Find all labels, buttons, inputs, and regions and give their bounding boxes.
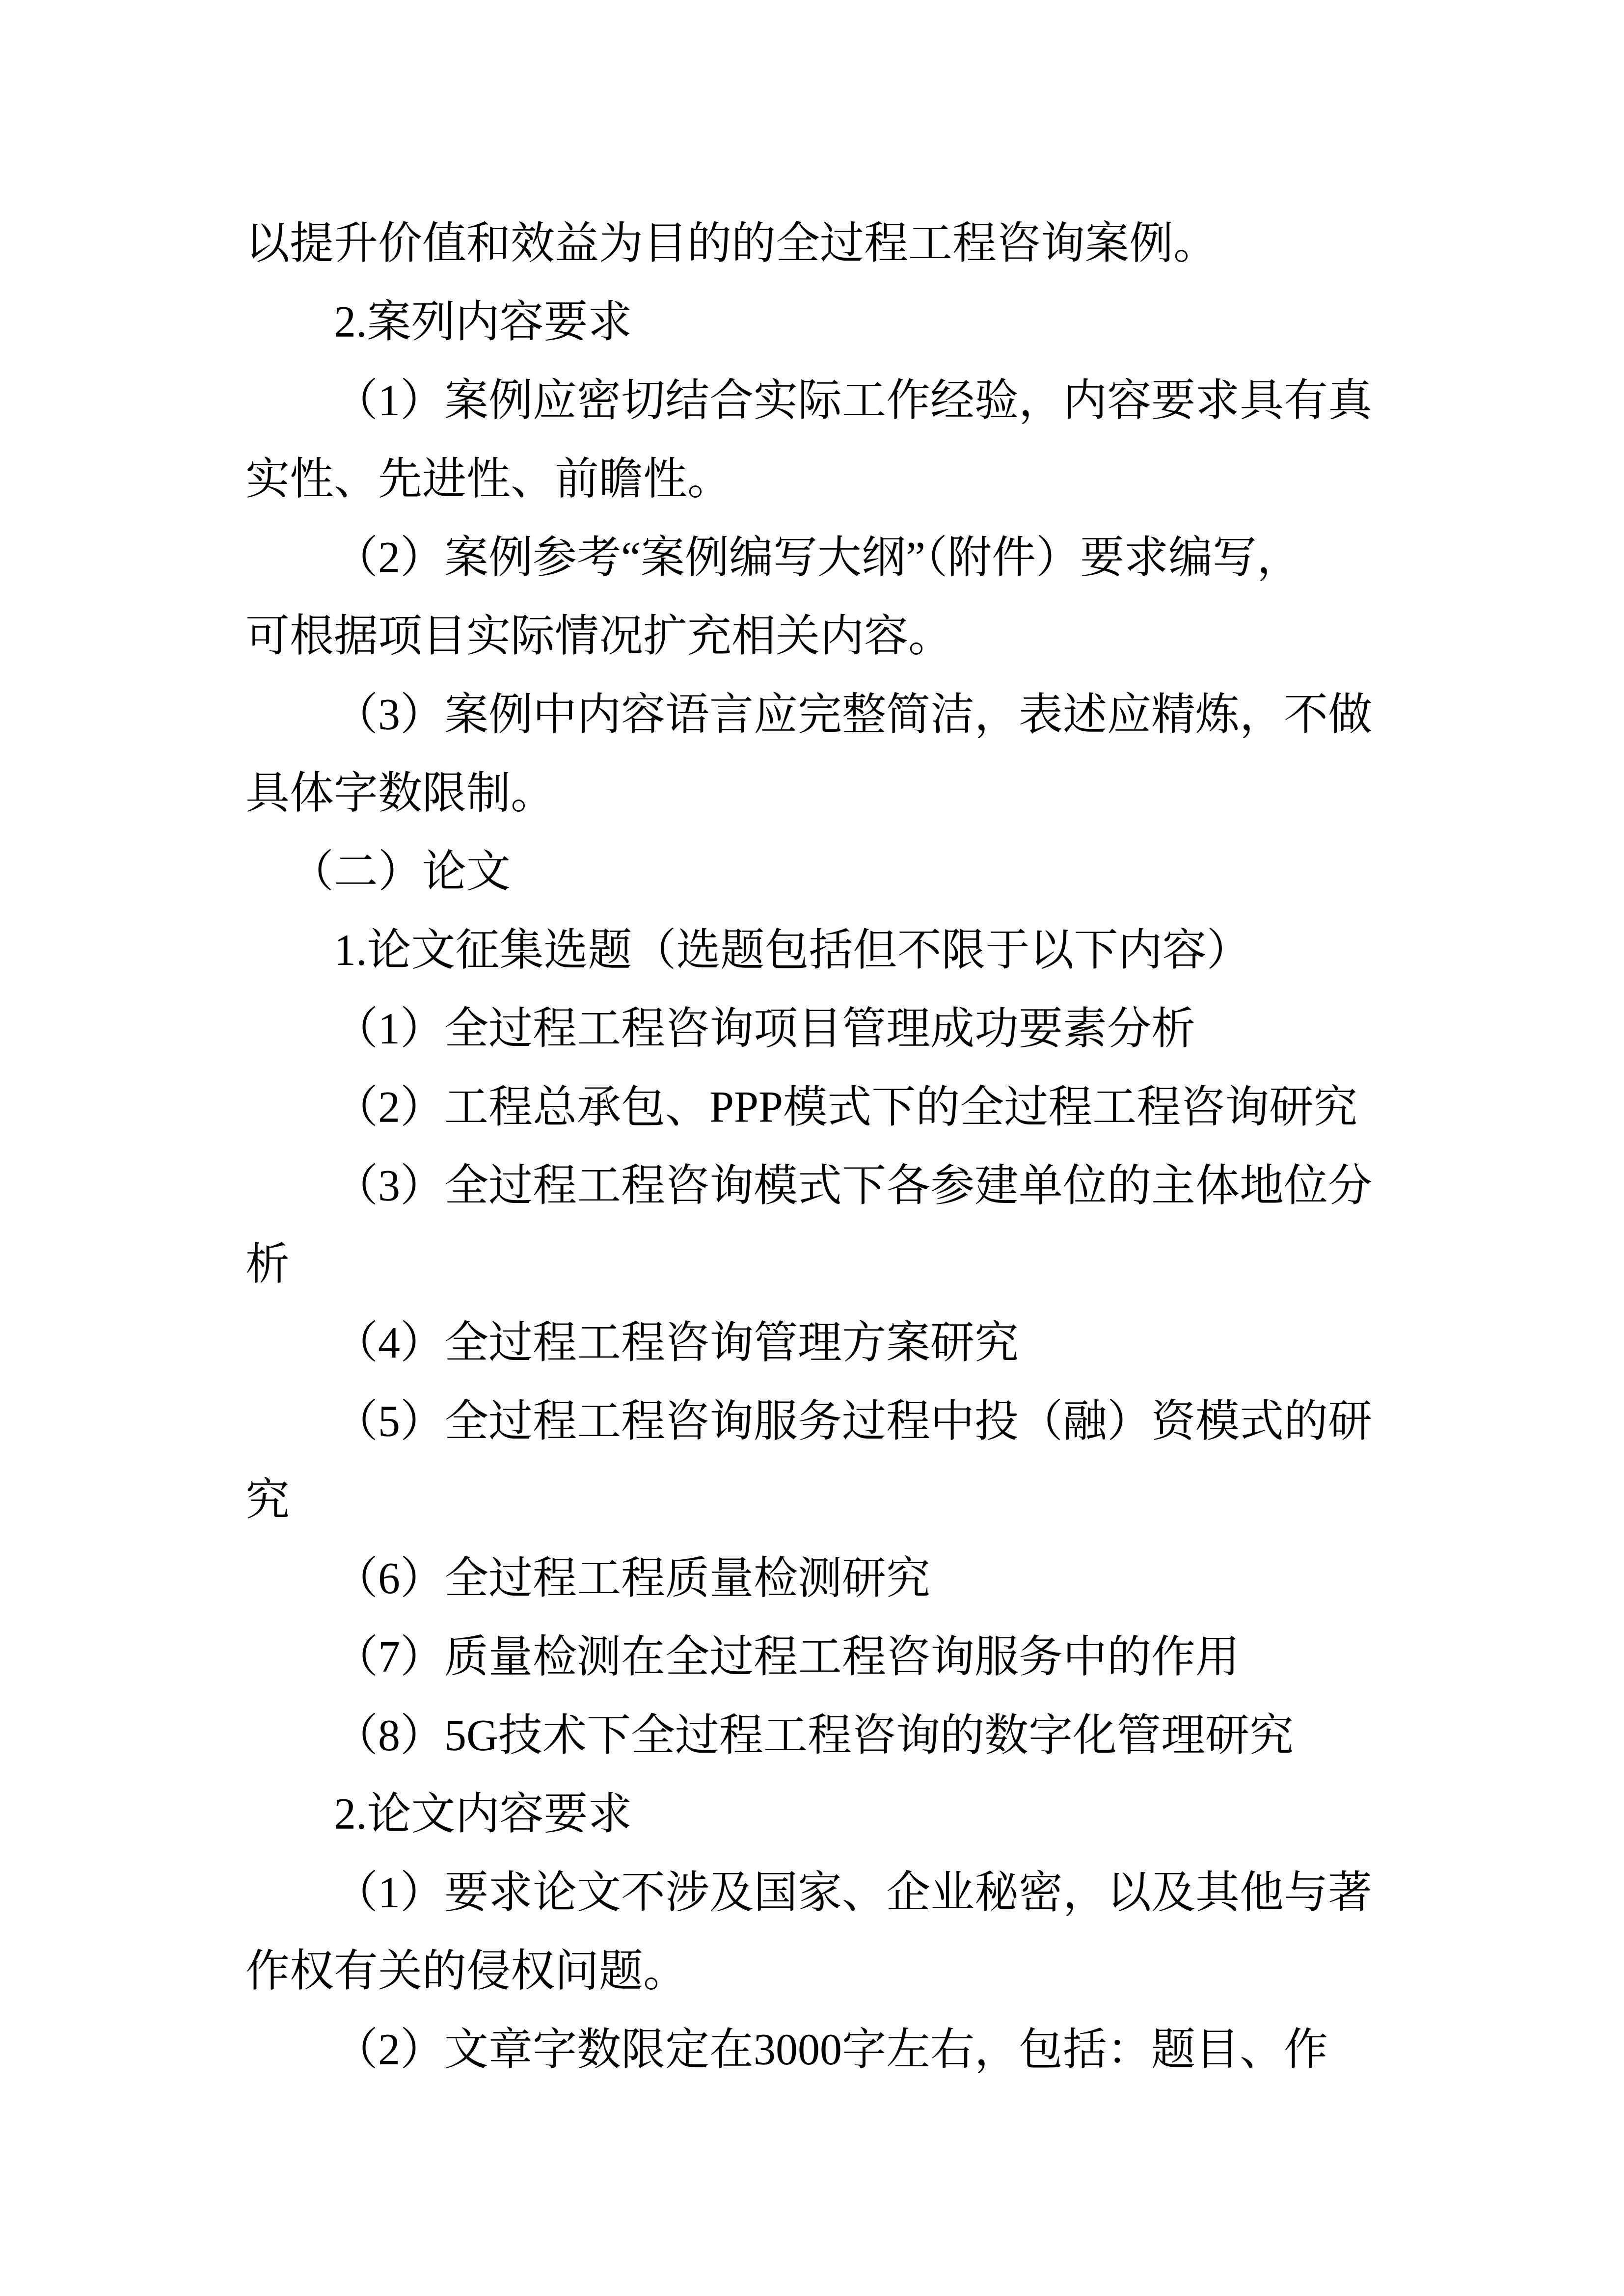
text-line: 可根据项目实际情况扩充相关内容。 — [245, 597, 1448, 676]
text-line: 以提升价值和效益为目的的全过程工程咨询案例。 — [245, 205, 1448, 283]
text-line: 究 — [245, 1461, 1448, 1540]
text-line: （1）案例应密切结合实际工作经验，内容要求具有真 — [245, 362, 1448, 440]
list-item: （2）文章字数限定在3000字左右，包括：题目、作 — [245, 2011, 1448, 2089]
list-item: （3）全过程工程咨询模式下各参建单位的主体地位分 — [245, 1147, 1448, 1226]
list-item: （5）全过程工程咨询服务过程中投（融）资模式的研 — [245, 1383, 1448, 1461]
list-heading: 1.论文征集选题（选题包括但不限于以下内容） — [245, 911, 1448, 990]
list-heading: 2.论文内容要求 — [245, 1775, 1448, 1854]
text-line: （2）案例参考“案例编写大纲”（附件）要求编写， — [245, 519, 1448, 597]
section-heading: （二）论文 — [245, 833, 1448, 911]
document-page: 以提升价值和效益为目的的全过程工程咨询案例。 2.案列内容要求 （1）案例应密切… — [0, 0, 1624, 2296]
text-line: 作权有关的侵权问题。 — [245, 1932, 1448, 2011]
list-item: （6）全过程工程质量检测研究 — [245, 1540, 1448, 1618]
list-item: （1）全过程工程咨询项目管理成功要素分析 — [245, 990, 1448, 1068]
text-line: 实性、先进性、前瞻性。 — [245, 440, 1448, 519]
list-item: （2）工程总承包、PPP模式下的全过程工程咨询研究 — [245, 1068, 1448, 1147]
list-item: （1）要求论文不涉及国家、企业秘密，以及其他与著 — [245, 1854, 1448, 1932]
text-line: 析 — [245, 1226, 1448, 1304]
text-line: 具体字数限制。 — [245, 754, 1448, 833]
text-line: 2.案列内容要求 — [245, 283, 1448, 362]
list-item: （4）全过程工程咨询管理方案研究 — [245, 1304, 1448, 1383]
document-text-block: 以提升价值和效益为目的的全过程工程咨询案例。 2.案列内容要求 （1）案例应密切… — [245, 205, 1448, 2089]
text-line: （3）案例中内容语言应完整简洁，表述应精炼，不做 — [245, 676, 1448, 754]
list-item: （7）质量检测在全过程工程咨询服务中的作用 — [245, 1618, 1448, 1697]
list-item: （8）5G技术下全过程工程咨询的数字化管理研究 — [245, 1697, 1448, 1775]
